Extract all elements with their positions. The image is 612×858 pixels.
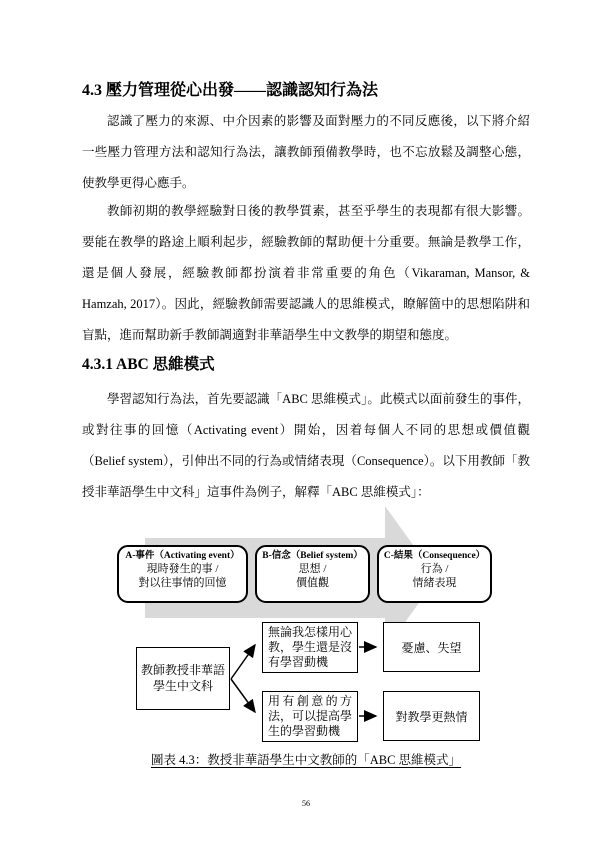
flow-box-line: 教，學生還是沒 [268,640,352,655]
flow-box-result-negative: 憂慮、失望 [383,622,480,672]
paragraph-abc-model: 學習認知行為法，首先要認識「ABC 思維模式」。此模式以面前發生的事件，或對往事… [82,384,530,508]
flow-arrow-event-to-positive [231,679,255,712]
flow-box-event: 教師教授非華語 學生中文科 [136,647,230,710]
abc-box-title: B-信念（Belief system） [257,550,368,563]
flow-box-line: 有學習動機 [268,655,352,670]
flow-box-line: 生的學習動機 [268,724,352,739]
document-page: 4.3 壓力管理從心出發——認識認知行為法 認識了壓力的來源、中介因素的影響及面… [0,0,612,858]
flow-box-line: 法，可以提高學 [268,709,352,724]
abc-box-line: 行為 / [379,563,490,577]
flow-box-line: 憂慮、失望 [401,639,461,656]
flow-box-line: 學生中文科 [137,678,229,694]
abc-box-title: C-結果（Consequence） [379,550,490,563]
flow-box-result-positive: 對教學更熱情 [383,691,480,741]
paragraph-experience: 教師初期的教學經驗對日後的教學質素，甚至乎學生的表現都有很大影響。要能在教學的路… [82,196,530,351]
abc-box-line: 思想 / [257,563,368,577]
flow-box-line: 教師教授非華語 [137,662,229,678]
paragraph-intro: 認識了壓力的來源、中介因素的影響及面對壓力的不同反應後，以下將介紹一些壓力管理方… [82,106,530,199]
flow-box-line: 用有創意的方 [268,694,352,709]
flow-box-line: 對教學更熱情 [395,708,467,725]
page-number: 56 [0,799,612,808]
flow-box-belief-negative: 無論我怎樣用心 教，學生還是沒 有學習動機 [262,622,358,673]
abc-box-line: 情緒表現 [379,577,490,591]
flow-box-line: 無論我怎樣用心 [268,625,352,640]
abc-box-title: A-事件（Activating event） [119,550,246,563]
abc-box-line: 現時發生的事 / [119,563,246,577]
subsection-heading: 4.3.1 ABC 思維模式 [82,354,530,376]
flow-arrow-event-to-negative [231,645,255,679]
figure-caption-text: 圖表 4.3：教授非華語學生中文教師的「ABC 思維模式」 [151,753,461,767]
abc-box-line: 價值觀 [257,577,368,591]
abc-box-activating-event: A-事件（Activating event） 現時發生的事 / 對以往事情的回憶 [117,545,248,603]
section-heading: 4.3 壓力管理從心出發——認識認知行為法 [82,80,530,102]
figure-caption: 圖表 4.3：教授非華語學生中文教師的「ABC 思維模式」 [0,750,612,768]
abc-box-line: 對以往事情的回憶 [119,577,246,591]
abc-box-consequence: C-結果（Consequence） 行為 / 情緒表現 [377,545,492,603]
abc-box-belief-system: B-信念（Belief system） 思想 / 價值觀 [255,545,370,603]
flow-box-belief-positive: 用有創意的方 法，可以提高學 生的學習動機 [262,691,358,742]
